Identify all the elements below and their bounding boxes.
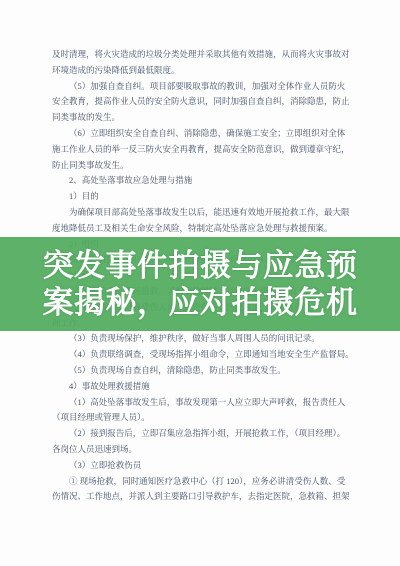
document-line: ① 现场抢救，同时通知医疗急救中心（打 120），应务必讲清受伤人数、受 xyxy=(52,474,352,490)
document-line: 施工作业人员的举一反三防火安全再教育，提高安全防范意识，做到遵章守纪， xyxy=(52,142,352,158)
document-line: 2、高处坠落事故应急处理与措施 xyxy=(52,173,352,189)
document-line: 防止同类事故发生。 xyxy=(52,158,352,174)
document-line: （1）高处坠落事故发生后，事故发现第一人应立即大声呼救，报告责任人 xyxy=(52,395,352,411)
document-line: 1）目的 xyxy=(52,189,352,205)
headline-line-2: 案揭秘，应对拍摄危机 xyxy=(43,284,358,321)
document-line: （3）立即抢救伤员 xyxy=(52,458,352,474)
document-line: （项目经理或管理人员）。 xyxy=(52,410,352,426)
document-line: （2）接到报告后，立即召集应急指挥小组，开展抢救工作，（项目经理）。 xyxy=(52,426,352,442)
document-page: 及时清理，将火灾造成的垃圾分类处理并采取其他有效措施，从而将火灾事故对环境造成的… xyxy=(0,0,400,566)
document-line: （3）负责现场保护，维护秩序，做好当事人周围人员的问讯记录。 xyxy=(52,331,352,347)
document-line: 4）事故处理救援措施 xyxy=(52,379,352,395)
document-line: 及时清理，将火灾造成的垃圾分类处理并采取其他有效措施，从而将火灾事故对 xyxy=(52,47,352,63)
document-line: 安全教育，提高作业人员的安全防火意识，同时加强自查自纠，消除隐患，防止 xyxy=(52,94,352,110)
document-line: （5）负责现场自查自纠，清除隐患，防止同类事故发生。 xyxy=(52,363,352,379)
document-line: 各岗位人员迅速到场。 xyxy=(52,442,352,458)
headline-overlay: 突发事件拍摄与应急预 案揭秘，应对拍摄危机 xyxy=(0,237,400,331)
document-line: （5）加强自查自纠。项目部要吸取事故的教训，加强对全体作业人员防火 xyxy=(52,79,352,95)
document-line: 度地降低员工及相关生命安全风险，特制定高处坠落应急处理与救援预案。 xyxy=(52,221,352,237)
headline-line-1: 突发事件拍摄与应急预 xyxy=(43,247,358,284)
document-line: 伤情况、工作地点，并派人到主要路口引导救护车，去指定医院，急救箱、担架 xyxy=(52,489,352,505)
document-line: 为确保项目部高处坠落事故发生以后，能迅速有效地开展抢救工作，最大限 xyxy=(52,205,352,221)
document-line: 同类事故的发生。 xyxy=(52,110,352,126)
document-line: 环境造成的污染降低到最低限度。 xyxy=(52,63,352,79)
document-line: （4）负责联络调查，受现场指挥小组命令，立即通知当地安全生产监督局。 xyxy=(52,347,352,363)
document-line: （6）立即组织安全自查自纠、消除隐患，确保施工安全；立即组织对全体 xyxy=(52,126,352,142)
